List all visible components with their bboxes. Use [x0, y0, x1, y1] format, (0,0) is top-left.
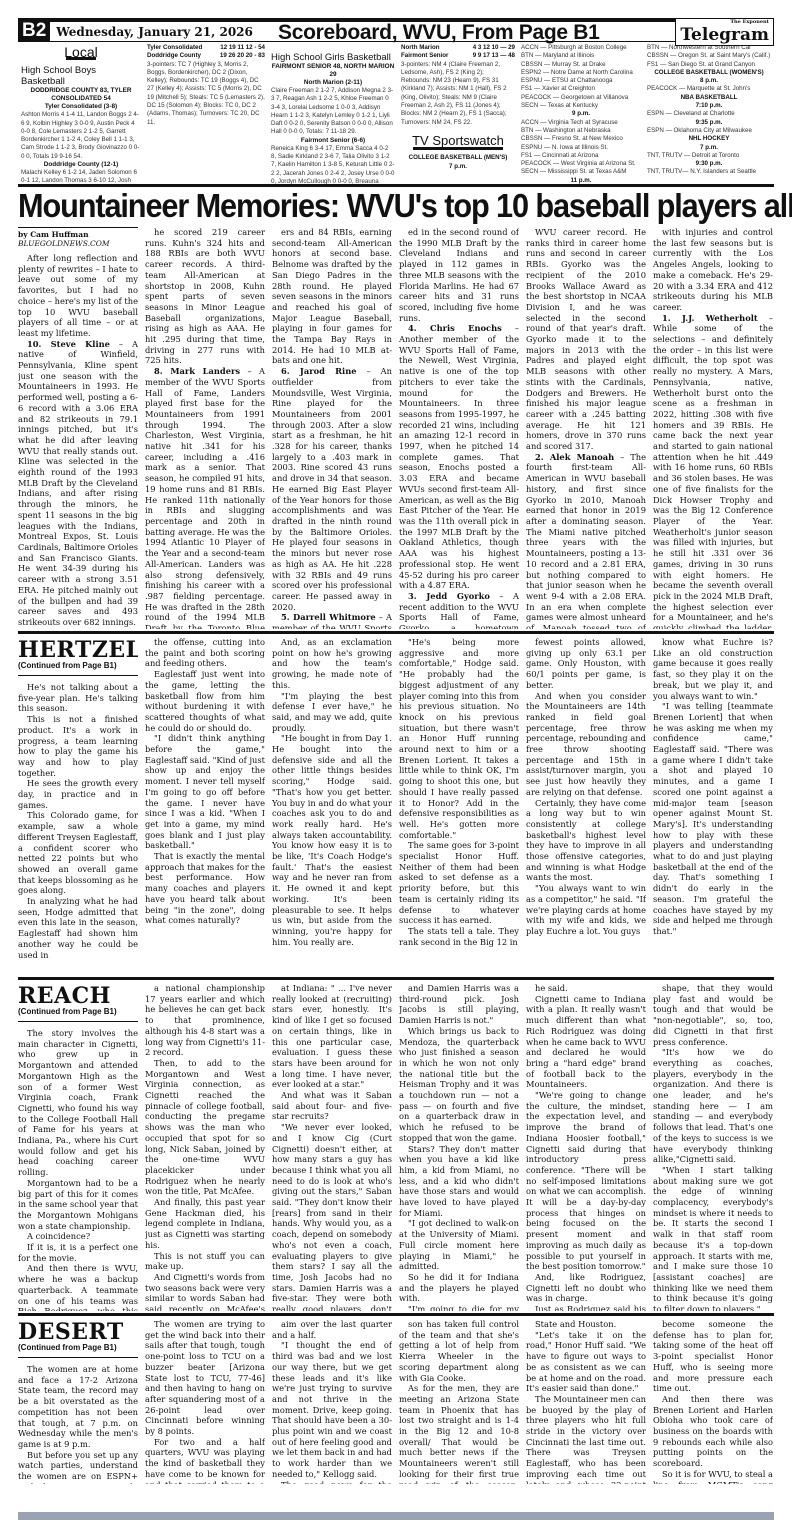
paragraph: shape, that they would play fast and wou…: [653, 983, 773, 1047]
paragraph: become someone the defense has to plan f…: [653, 1319, 773, 1394]
paragraph: He's not talking about a five-year plan.…: [18, 682, 138, 714]
tv-listing: ACCN — Pittsburgh at Boston College: [521, 44, 641, 52]
paragraph: a national championship 17 years earlier…: [145, 983, 265, 1058]
paragraph: This is not a finished product. It's a w…: [18, 714, 138, 778]
tv-listing: FS1 — Cincinnati at Arizona: [521, 152, 641, 160]
paragraph: the offense, cutting into the paint and …: [145, 637, 265, 669]
tv-listing: ESPN — Cleveland at Charlotte: [647, 110, 771, 118]
paragraph: And then there was Brenen Lorient and Ha…: [653, 1394, 773, 1469]
paragraph: "It's how we do everything as coaches, p…: [653, 1047, 773, 1165]
telegram-logo: The Exponent Telegram: [675, 18, 774, 46]
section-heading: REACH: [18, 985, 138, 1007]
paragraph: "I didn't think anything before the game…: [145, 733, 265, 851]
section-heading: HERTZEL: [18, 639, 138, 661]
paragraph: The good news for the Mountaineers is th…: [272, 1480, 392, 1484]
article-column: ed in the second round of the 1990 MLB D…: [399, 227, 519, 629]
tv-listing: PEACOCK — Georgetown at Villanova: [521, 94, 641, 102]
paragraph: 9. Tyler Kuhn — He may not be the househ…: [18, 628, 138, 629]
tv-listing: BTN — Maryland at Illinois: [521, 52, 641, 60]
paragraph: "I got declined to walk-on at the Univer…: [399, 1218, 519, 1272]
paragraph: Certainly, they have come a long way but…: [526, 798, 646, 884]
tv-sportswatch-title: TV Sportswatch: [401, 137, 515, 145]
tv-listing: ESPN2 — Notre Dame at North Carolina: [521, 69, 641, 77]
paragraph: and Damien Harris was a third-round pick…: [399, 983, 519, 1026]
tv-listing: PEACOCK — Marquette at St. John's: [647, 85, 771, 93]
paragraph: He sees the growth every day, in practic…: [18, 778, 138, 810]
section-subheading: (Continued from Page B1): [18, 1343, 138, 1358]
paragraph: And when you consider the Mountaineers a…: [526, 691, 646, 798]
paragraph: ers and 84 RBIs, earning second-team All…: [272, 227, 392, 366]
paragraph: And Cignetti's words from two seasons ba…: [145, 1272, 265, 1311]
byline: by Cam Huffman BLUEGOLDNEWS.COM: [18, 227, 138, 248]
paragraph: he said.: [526, 983, 646, 994]
issue-date: Wednesday, January 21, 2026: [56, 25, 253, 39]
paragraph: The stats tell a tale. They rank second …: [399, 926, 519, 947]
section-subheading: (Continued from Page B1): [18, 1007, 138, 1022]
paragraph: Eaglestaff just went into the game, lett…: [145, 669, 265, 733]
reach-section: REACH (Continued from Page B1) The story…: [18, 977, 774, 1311]
paragraph: "Let's take it on the road," Honor Huff …: [526, 1330, 646, 1394]
paragraph: 6. Jarod Rine – An outfielder from Mound…: [272, 366, 392, 612]
paragraph: Cignetti came to Indiana with a plan. It…: [526, 994, 646, 1090]
article-column: he scored 219 career runs. Kuhn's 324 hi…: [145, 227, 265, 629]
boys-basketball-box: Local High School Boys Basketball DODDRI…: [18, 42, 144, 184]
boys-linescore: Tyler Consolidated12 19 11 12 - 54 Doddr…: [144, 42, 268, 184]
paragraph: 4. Chris Enochs – Another member of the …: [399, 323, 519, 591]
paragraph: WVU career record. He ranks third in car…: [526, 227, 646, 452]
article-headline: Mountaineer Memories: WVU's top 10 baseb…: [18, 187, 774, 227]
paragraph: 2. Alek Manoah – The fourth first-team A…: [526, 452, 646, 629]
footer-bar: [18, 1512, 774, 1520]
paragraph: "I thought the end of third was bad and …: [272, 1340, 392, 1479]
paragraph: That is exactly the mental approach that…: [145, 851, 265, 926]
paragraph: If it is, it is a perfect one for the mo…: [18, 1242, 138, 1263]
paragraph: State and Houston.: [526, 1319, 646, 1330]
tv-listing: SECN — Texas at Kentucky: [521, 102, 641, 110]
tv-listing: CBSSN — Murray St. at Drake: [521, 61, 641, 69]
tv-listing: TNT, TRUTV— N.Y. Islanders at Seattle: [647, 168, 771, 176]
paragraph: This is not stuff you can make up.: [145, 1251, 265, 1272]
girls-basketball-box: High School Girls Basketball FAIRMONT SE…: [268, 42, 398, 184]
girls-linescore: North Marion4 3 12 10 — 29 Fairmont Seni…: [398, 42, 518, 184]
local-heading: Local: [21, 48, 141, 56]
tv-listing: ACCN — Virginia Tech at Syracuse: [521, 119, 641, 127]
tv-listing: ESPNU — N. Iowa at Illinois St.: [521, 144, 641, 152]
tv-listing: ESPNU — ETSU at Chattanooga: [521, 77, 641, 85]
article-column: ers and 84 RBIs, earning second-team All…: [272, 227, 392, 629]
tv-listing: BTN — Washington at Nebraska: [521, 127, 641, 135]
paragraph: "He's being more aggressive and more com…: [399, 637, 519, 840]
tv-listings-1: ACCN — Pittsburgh at Boston CollegeBTN —…: [518, 42, 644, 184]
tv-listing: ESPN — Oklahoma City at Milwaukee: [647, 127, 771, 135]
paragraph: know what Euchre is? Like an old constru…: [653, 637, 773, 701]
paragraph: The Mountaineer men can be buoyed by the…: [526, 1394, 646, 1484]
scoreboard: Local High School Boys Basketball DODDRI…: [18, 42, 774, 187]
paragraph: "He bought in from Day 1. He bought into…: [272, 733, 392, 947]
tv-listing: CBSSN — Oregon St. at Saint Mary's (Cali…: [647, 52, 771, 60]
paragraph: aim over the last quarter and a half.: [272, 1319, 392, 1340]
paragraph: fewest points allowed, giving up only 63…: [526, 637, 646, 691]
paragraph: The women are trying to get the wind bac…: [145, 1319, 265, 1437]
paragraph: "You always want to win as a competitor,…: [526, 883, 646, 937]
hertzel-section: HERTZEL (Continued from Page B1) He's no…: [18, 631, 774, 975]
paragraph: In analyzing what he had seen, Hodge adm…: [18, 896, 138, 960]
paragraph: "We never ever looked, and I know Cig (C…: [272, 1122, 392, 1311]
paragraph: "I'm playing the best defense I ever hav…: [272, 691, 392, 734]
paragraph: Morgantown had to be a big part of this …: [18, 1178, 138, 1232]
article-column: with injuries and control the last few s…: [653, 227, 773, 629]
paragraph: 3. Jedd Gyorko – A recent addition to th…: [399, 591, 519, 629]
tv-listing: FS1 — Xavier at Creighton: [521, 85, 641, 93]
page-number: B2: [18, 19, 50, 42]
paragraph: The women are at home and face a 17-2 Ar…: [18, 1364, 138, 1450]
paragraph: 10. Steve Kline – A native of Winfield, …: [18, 339, 138, 628]
tv-listing: TNT, TRUTV — Detroit at Toronto: [647, 152, 771, 160]
paragraph: As for the men, they are meeting an Ariz…: [399, 1383, 519, 1484]
article-column: by Cam Huffman BLUEGOLDNEWS.COM After lo…: [18, 227, 138, 629]
section-title: Scoreboard, WVU, From Page B1: [278, 21, 600, 45]
paragraph: And what was it Saban said about four- a…: [272, 1090, 392, 1122]
paragraph: But before you set up any watch parties,…: [18, 1450, 138, 1484]
paragraph: he scored 219 career runs. Kuhn's 324 hi…: [145, 227, 265, 366]
tv-listing: PEACOCK — West Virginia at Arizona St.: [521, 160, 641, 168]
tv-listing: CBSSN — Fresno St. at New Mexico: [521, 135, 641, 143]
paragraph: So he did it for Indiana and the players…: [399, 1272, 519, 1304]
paragraph: "I'm going to die for my team out there …: [399, 1304, 519, 1311]
paragraph: A coincidence?: [18, 1231, 138, 1242]
section-heading: DESERT: [18, 1321, 138, 1343]
section-subheading: (Continued from Page B1): [18, 661, 138, 676]
paragraph: After long reflection and plenty of rewr…: [18, 253, 138, 339]
paragraph: Then, to add to the Morgantown and West …: [145, 1058, 265, 1197]
paragraph: with injuries and control the last few s…: [653, 227, 773, 313]
paragraph: "I was telling [teammate Brenen Lorient]…: [653, 701, 773, 936]
paragraph: 5. Darrell Whitmore – A member of the WV…: [272, 612, 392, 629]
desert-section: DESERT (Continued from Page B1) The wome…: [18, 1313, 774, 1484]
paragraph: Stars? They don't matter when you have a…: [399, 1144, 519, 1219]
main-article-body: by Cam Huffman BLUEGOLDNEWS.COM After lo…: [18, 227, 774, 629]
paragraph: And, like Rodriguez, Cignetti left no do…: [526, 1272, 646, 1304]
paragraph: For two and a half quarters, WVU was pla…: [145, 1437, 265, 1484]
paragraph: The story involves the main character in…: [18, 1028, 138, 1178]
newspaper-page: B2 Wednesday, January 21, 2026 Scoreboar…: [18, 18, 774, 1484]
tv-listings-2: BTN — Northwestern at Southern CalCBSSN …: [644, 42, 774, 184]
paragraph: at Indiana: " ... I've never really look…: [272, 983, 392, 1090]
paragraph: ed in the second round of the 1990 MLB D…: [399, 227, 519, 323]
paragraph: Which brings us back to Mendoza, the qua…: [399, 1026, 519, 1144]
paragraph: "We're going to change the culture, the …: [526, 1090, 646, 1272]
paragraph: And then there is WVU, where he was a ba…: [18, 1263, 138, 1311]
paragraph: So it is for WVU, to steal a line from M…: [653, 1469, 773, 1484]
tv-listing: SECN — Mississippi St. at Texas A&M: [521, 168, 641, 176]
paragraph: The same goes for 3-point specialist Hon…: [399, 840, 519, 926]
paragraph: Just as Rodriguez said his team would pl…: [526, 1304, 646, 1311]
paragraph: This Colorado game, for example, saw a w…: [18, 810, 138, 896]
paragraph: "When I start talking about making sure …: [653, 1165, 773, 1311]
masthead: B2 Wednesday, January 21, 2026 Scoreboar…: [18, 18, 774, 42]
paragraph: 1. J.J. Wetherholt – While some of the s…: [653, 313, 773, 629]
paragraph: And, as an exclamation point on how he's…: [272, 637, 392, 691]
paragraph: son has taken full control of the team a…: [399, 1319, 519, 1383]
tv-listing: FS1 — San Diego St. at Grand Canyon: [647, 61, 771, 69]
paragraph: 8. Mark Landers – A member of the WVU Sp…: [145, 366, 265, 629]
article-column: WVU career record. He ranks third in car…: [526, 227, 646, 629]
paragraph: And finally, this past year Gene Hackman…: [145, 1197, 265, 1251]
